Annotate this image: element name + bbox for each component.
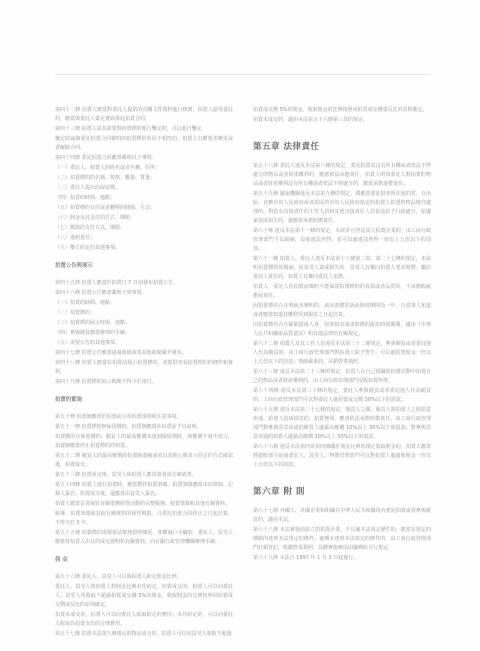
law-paragraph: 賬簿、拍賣筆錄和其他有關資料的保管期限，自委託拍賣合同終止之日起計算，不得少於 … [55, 510, 233, 528]
law-paragraph: 第六十二條 拍賣人及其工作人員違反本法第二十二條規定，參與競買或者委託他人代為競… [253, 340, 431, 367]
law-paragraph: 拍賣未成交的，拍賣人可以向委託人收取約定的費用；未作約定的，可以向委託人收取為拍… [55, 611, 233, 629]
law-paragraph: （一）拍賣的時間、地點； [55, 299, 233, 308]
law-paragraph: 第四十四條 委託拍賣合同應當載明以下事項： [55, 154, 233, 163]
law-paragraph: 拍賣未成交的，適用本法第五十六條第三款的規定。 [253, 116, 431, 125]
law-paragraph: 拍賣成交價 5%的佣金。收取佣金的比例按照同拍賣成交價成反比的原則確定。 [253, 106, 431, 115]
law-paragraph: （五）需要公告的其他事項。 [55, 339, 233, 348]
law-paragraph: 第五十條 拍賣師應當於拍賣前宣布拍賣規則和注意事項。 [55, 413, 233, 422]
law-paragraph: 因拍賣標的存在缺陷造成人身、財產損害請求賠償的訴訟時效期間，適用《中華人民共和國… [253, 321, 431, 339]
left-column: 第四十二條 拍賣人應當對委託人提供的有關文件資料進行核實。拍賣人接受委託的，應當… [55, 106, 233, 640]
law-paragraph: 第五十四條 拍賣人進行拍賣時，應當製作拍賣筆錄。拍賣筆錄應當由拍賣師、記錄人簽名… [55, 481, 233, 499]
law-paragraph: （九）雙方約定的其他事項。 [55, 244, 233, 253]
law-paragraph: 第六十八條 本法實施前設立的拍賣企業，不具備本法規定條件的，應當在規定的期限內達… [253, 526, 431, 553]
chapter-heading: 第六章 附 則 [253, 487, 431, 497]
law-paragraph: 第六十條 違反本法第十一條的規定，未經許可登記設立拍賣企業的，由工商行政管理部門… [253, 227, 431, 254]
law-paragraph: （三）拍賣標的展示時間、地點； [55, 319, 233, 328]
law-paragraph: 第五十九條 國家機關違反本法第九條的規定，將應當委託財產所在地的省、自治區、直轄… [253, 190, 431, 226]
law-paragraph: 第四十二條 拍賣人應當對委託人提供的有關文件資料進行核實。拍賣人接受委託的，應當… [55, 106, 233, 124]
law-paragraph: 第六十四條 違反本法第三十條的規定，委託人參與競買或者委託他人代為競買的，工商行… [253, 387, 431, 405]
law-paragraph: （二）拍賣標的； [55, 309, 233, 318]
law-paragraph: 第六十五條 違反本法第三十七條的規定，競買人之間、競買人與拍賣人之間惡意串通，給… [253, 406, 431, 442]
law-paragraph: 第五十六條 委託人、買受人可以與拍賣人約定佣金比例。 [55, 573, 233, 582]
law-paragraph: 第五十七條 拍賣本法第九條規定的物品成交的，拍賣人可以向買受人收取不超過 [55, 630, 233, 639]
law-paragraph: 第四十六條 拍賣公告應當載明下列事項： [55, 289, 233, 298]
law-paragraph: （二）拍賣標的的名稱、規格、數量、質量； [55, 174, 233, 183]
law-paragraph: 第六十七條 外國人、外國企業和組織在中華人民共和國境內委託拍賣或者參與競買的，適… [253, 507, 431, 525]
law-paragraph: 第六十三條 違反本法第二十三條的規定，拍賣人在自己組織的拍賣活動中拍賣自己的物品… [253, 368, 431, 386]
law-paragraph: （四）拍賣的時間、地點； [55, 194, 233, 203]
law-paragraph: （五）拍賣標的交付或者轉移的時間、方式； [55, 204, 233, 213]
law-paragraph: （八）違約責任； [55, 234, 233, 243]
law-paragraph: 第四十八條 拍賣人應當在拍賣前展示拍賣標的，並提供查看拍賣標的的條件和資料。 [55, 359, 233, 377]
law-paragraph: 第五十三條 拍賣成交後，買受人和拍賣人應當簽署成交確認書。 [55, 471, 233, 480]
law-paragraph: 第五十八條 委託人違反本法第六條的規定，委託拍賣其沒有所有權或者依法不得處分的物… [253, 162, 431, 189]
law-paragraph: 第六十九條 本法自 1997 年 1 月 1 日起施行。 [253, 554, 431, 563]
law-paragraph: 第四十七條 拍賣公告應當通過報紙或者其他新聞媒介發布。 [55, 349, 233, 358]
section-heading: 拍賣公告與展示 [55, 262, 233, 271]
law-paragraph: （七）價款的支付方式、期限； [55, 224, 233, 233]
chapter-heading: 第五章 法律責任 [253, 142, 431, 152]
law-paragraph: 因拍賣標的存在瑕疵未聲明的，請求賠償的訴訟時效期間為一年，自當事人知道或者應當知… [253, 302, 431, 320]
right-column: 拍賣成交價 5%的佣金。收取佣金的比例按照同拍賣成交價成反比的原則確定。拍賣未成… [253, 106, 431, 564]
law-paragraph: 第五十一條 拍賣標的無保留價的，拍賣師應當在拍賣前予以說明。 [55, 423, 233, 432]
law-paragraph: （一）委託人、拍賣人的姓名或者名稱、住所； [55, 164, 233, 173]
law-paragraph: 第五十二條 競買人的最高應價經拍賣師落槌或者以其他公開表示買定的方式確認後，拍賣… [55, 452, 233, 470]
law-paragraph: 第四十九條 拍賣標的展示時間不得少於兩日。 [55, 378, 233, 387]
law-paragraph: 委託人、買受人與拍賣人對佣金比例未作約定，拍賣成交的，拍賣人可以向委託人、買受人… [55, 583, 233, 610]
law-paragraph: 第四十三條 拍賣人認為需要對拍賣標的進行鑒定的，可以進行鑒定。 [55, 125, 233, 134]
law-paragraph: （四）參與競買應當辦理的手續； [55, 329, 233, 338]
header-divider [55, 74, 430, 75]
law-paragraph: （六）佣金及其支付的方式、期限； [55, 214, 233, 223]
law-paragraph: （三）委託人提出的保留價； [55, 184, 233, 193]
law-paragraph: 鑒定結論與委託拍賣合同載明的拍賣標的狀況不相符的，拍賣人有權要求變更或者解除合同… [55, 135, 233, 153]
law-paragraph: 拍賣人、委託人在拍賣前聲明不能保證拍賣標的的真偽或者品質的，不承擔瑕疵擔保責任。 [253, 283, 431, 301]
law-paragraph: 第六十六條 違反本法第四章第四節關於佣金比例的規定收取佣金的，拍賣人應當將超收部… [253, 443, 431, 470]
section-heading: 拍賣的實施 [55, 396, 233, 405]
law-paragraph: 拍賣人應當妥善保管有關業務經營活動的完整賬簿、拍賣筆錄和其他有關資料。 [55, 500, 233, 509]
document-page: 第四十二條 拍賣人應當對委託人提供的有關文件資料進行核實。拍賣人接受委託的，應當… [0, 0, 480, 651]
law-paragraph: 拍賣標的有保留價的，競買人的最高應價未達到保留價時，該應價不發生效力，拍賣師應當… [55, 433, 233, 451]
law-paragraph: 第六十一條 拍賣人、委託人違反本法第十八條第二款、第二十七條的規定，未說明拍賣標… [253, 255, 431, 282]
law-paragraph: 第四十五條 拍賣人應當於拍賣日 7 日前發布拍賣公告。 [55, 279, 233, 288]
law-paragraph: 第五十五條 拍賣標的需要依法辦理證照變更、產權過戶手續的，委託人、買受人應當持拍… [55, 529, 233, 547]
section-heading: 佣 金 [55, 556, 233, 565]
